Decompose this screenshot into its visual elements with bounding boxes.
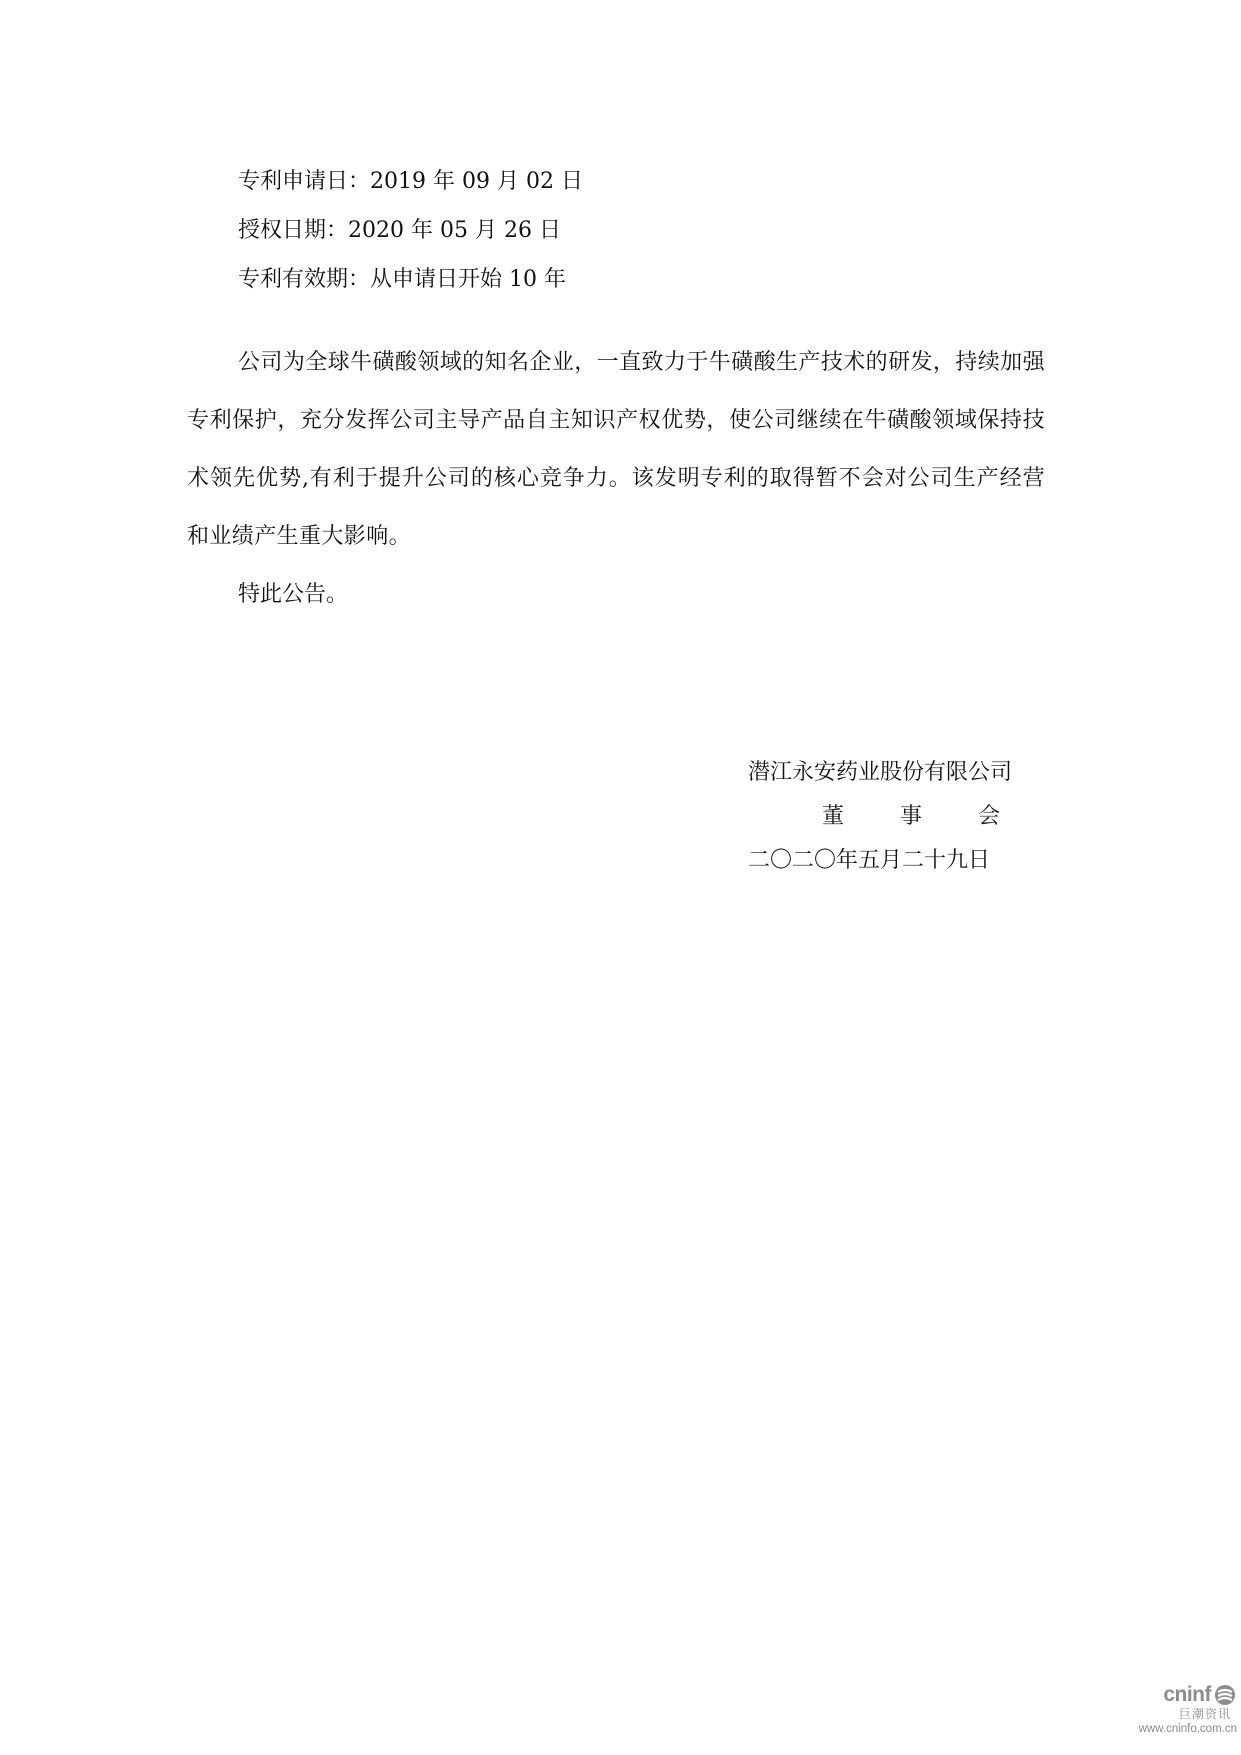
field-value: 2019 年 09 月 02 日 [370,169,583,194]
cninfo-watermark: cninf 巨潮资讯 www.cninfo.com.cn [1118,1683,1241,1735]
patent-validity: 专利有效期：从申请日开始 10 年 [238,265,566,295]
board-char: 董 [822,802,844,832]
brand-url: www.cninfo.com.cn [1118,1723,1241,1735]
board-char: 事 [900,802,922,832]
brand-text: cninf [1163,1683,1211,1707]
closing-statement: 特此公告。 [238,580,348,610]
field-value: 2020 年 05 月 26 日 [348,218,561,243]
board-of-directors: 董 事 会 [822,802,1000,832]
body-paragraph: 公司为全球牛磺酸领域的知名企业，一直致力于牛磺酸生产技术的研发，持续加强专利保护… [187,334,1045,566]
field-label: 授权日期： [238,218,348,243]
cninfo-logo-icon [1213,1684,1237,1706]
field-label: 专利申请日： [238,169,370,194]
field-value: 从申请日开始 10 年 [370,267,566,292]
brand-chinese: 巨潮资讯 [1118,1705,1241,1722]
company-name: 潜江永安药业股份有限公司 [748,758,1012,788]
grant-date: 授权日期：2020 年 05 月 26 日 [238,216,561,246]
signature-date: 二〇二〇年五月二十九日 [748,846,990,876]
field-label: 专利有效期： [238,267,370,292]
patent-application-date: 专利申请日：2019 年 09 月 02 日 [238,167,583,197]
board-char: 会 [978,802,1000,832]
